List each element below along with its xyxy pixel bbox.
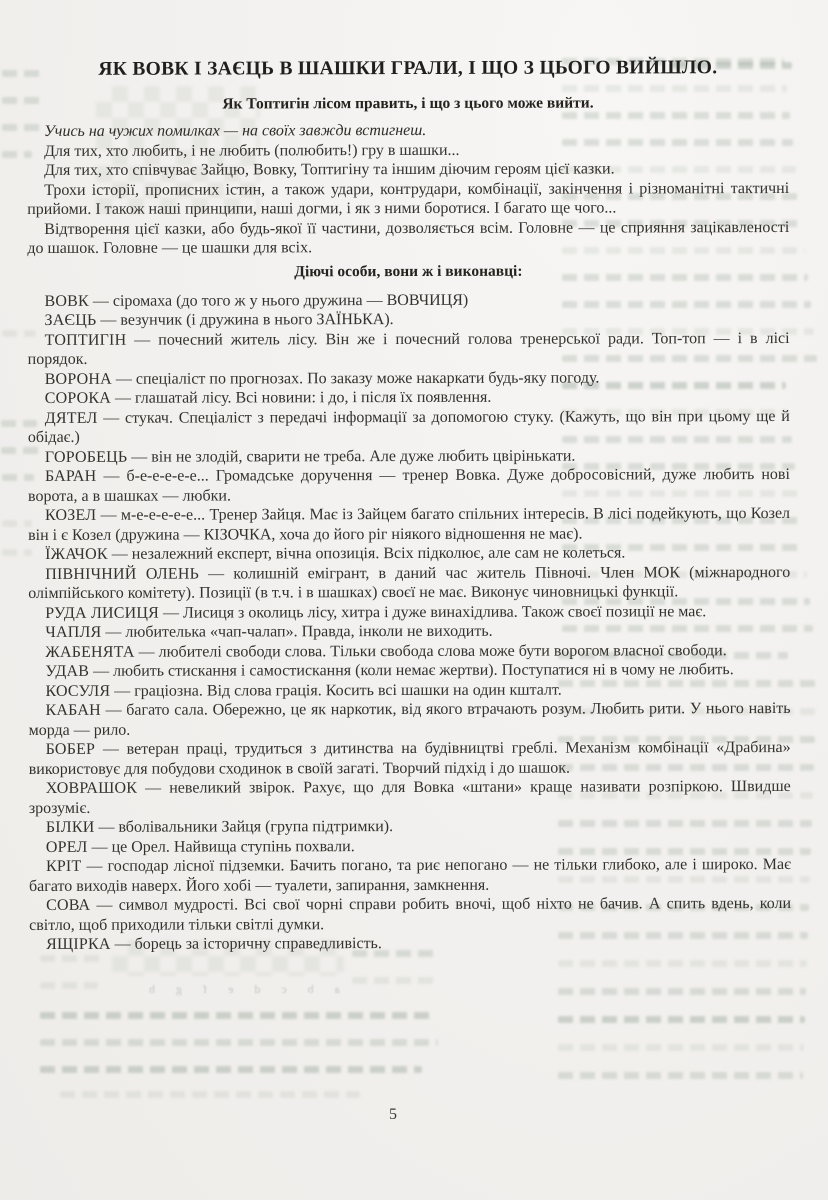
- cast-entry: УДАВ — любить стискання і самостискання …: [28, 660, 790, 681]
- cast-character-name: ЧАПЛЯ: [45, 624, 101, 641]
- cast-entry: ЇЖАЧОК — незалежний експерт, вічна опози…: [28, 543, 790, 564]
- cast-character-description: — незалежний експерт, вічна опозиція. Вс…: [108, 544, 626, 562]
- cast-character-name: ДЯТЕЛ: [45, 409, 98, 426]
- cast-character-name: ЯЩІРКА: [46, 936, 111, 953]
- cast-character-description: — любителька «чап-чалап». Правда, інколи…: [101, 623, 492, 641]
- cast-character-name: ВОРОНА: [45, 370, 112, 387]
- cast-character-name: ПІВНІЧНИЙ ОЛЕНЬ: [45, 565, 199, 582]
- cast-character-name: БОБЕР: [46, 741, 96, 758]
- cast-entry: ПІВНІЧНИЙ ОЛЕНЬ — колишній емігрант, в д…: [28, 563, 790, 604]
- cast-list: ВОВК — сіромаха (до того ж у нього дружи…: [27, 290, 791, 955]
- cast-entry: ЯЩІРКА — борець за історичну справедливі…: [29, 933, 791, 954]
- cast-entry: СОРОКА — глашатай лісу. Всі новини: і до…: [28, 387, 790, 408]
- cast-entry: КОЗЕЛ — м-е-е-е-е-е... Тренер Зайця. Має…: [28, 504, 790, 545]
- cast-character-description: — любить стискання і самостискання (коли…: [89, 661, 734, 680]
- bleedthrough-line: [558, 960, 807, 967]
- cast-entry: ОРЕЛ — це Орел. Найвища ступінь похвали.: [29, 836, 791, 857]
- cast-character-description: — багато сала. Обережно, це як наркотик,…: [29, 700, 791, 738]
- cast-entry: БОБЕР — ветеран праці, трудиться з дитин…: [29, 738, 791, 779]
- bleedthrough-board-letters: a b c d e f g h: [140, 982, 340, 997]
- cast-character-description: — господар лісної підземки. Бачить поган…: [29, 856, 791, 894]
- cast-character-description: — він не злодій, сварити не треба. Але д…: [127, 447, 575, 465]
- cast-character-name: СОРОКА: [45, 390, 111, 407]
- intro-paragraph: Трохи історії, прописних істин, а також …: [27, 179, 789, 220]
- cast-character-name: КРІТ: [46, 858, 82, 875]
- cast-character-description: — везунчик (і дружина в нього ЗАЇНЬКА).: [96, 311, 393, 329]
- cast-entry: ВОРОНА — спеціаліст по прогнозах. По зак…: [28, 368, 790, 389]
- cast-entry: БАРАН — б-е-е-е-е-е... Громадське доруче…: [28, 465, 790, 506]
- bleedthrough-line: [352, 977, 438, 984]
- cast-character-name: БАРАН: [45, 468, 97, 485]
- cast-character-name: ХОВРАШОК: [46, 780, 137, 797]
- cast-character-name: КАБАН: [46, 702, 101, 719]
- bleedthrough-line: [40, 955, 102, 962]
- bleedthrough-line: [558, 988, 806, 995]
- cast-character-name: СОВА: [46, 897, 90, 914]
- cast-character-name: КОЗЕЛ: [45, 507, 96, 524]
- bleedthrough-line: [40, 1012, 432, 1019]
- bleedthrough-line: [40, 982, 98, 989]
- cast-entry: ВОВК — сіромаха (до того ж у нього дружи…: [27, 290, 789, 311]
- cast-character-name: ЇЖАЧОК: [45, 546, 108, 563]
- cast-entry: СОВА — символ мудрості. Всі свої чорні с…: [29, 894, 791, 935]
- cast-character-description: — невеликий звірок. Рахує, що для Вовка …: [29, 778, 791, 816]
- cast-character-description: — Лисиця з околиць лісу, хитра і дуже ви…: [159, 603, 706, 621]
- cast-character-description: — ветеран праці, трудиться з дитинства н…: [29, 739, 791, 777]
- cast-entry: КАБАН — багато сала. Обережно, це як нар…: [29, 699, 791, 740]
- cast-character-description: — борець за історичну справедливість.: [111, 935, 382, 953]
- cast-heading: Діючі особи, вони ж і виконавці:: [27, 262, 789, 281]
- cast-character-description: — спеціаліст по прогнозах. По заказу мож…: [112, 369, 600, 387]
- cast-character-description: — символ мудрості. Всі свої чорні справи…: [29, 895, 791, 933]
- cast-entry: ЧАПЛЯ — любителька «чап-чалап». Правда, …: [28, 621, 790, 642]
- cast-character-description: — глашатай лісу. Всі новини: і до, і піс…: [111, 389, 491, 407]
- bleedthrough-line: [558, 1072, 803, 1079]
- cast-character-name: РУДА ЛИСИЦЯ: [45, 604, 159, 621]
- cast-character-description: — любителі свободи слова. Тільки свобода…: [135, 642, 727, 661]
- cast-character-description: — м-е-е-е-е-е... Тренер Зайця. Має із За…: [28, 505, 790, 543]
- cast-character-description: — почесний житель лісу. Він же і почесни…: [28, 330, 790, 368]
- page-title: ЯК ВОВК І ЗАЄЦЬ В ШАШКИ ГРАЛИ, І ЩО З ЦЬ…: [27, 57, 789, 81]
- cast-entry: БІЛКИ — вболівальники Зайця (група підтр…: [29, 816, 791, 837]
- cast-character-description: — сіромаха (до того ж у нього дружина — …: [89, 291, 468, 309]
- cast-character-name: ВОВК: [44, 292, 88, 309]
- bleedthrough-line: [558, 1016, 805, 1023]
- bleedthrough-line: [40, 1066, 422, 1073]
- cast-entry: ДЯТЕЛ — стукач. Спеціаліст з передачі ін…: [28, 407, 790, 448]
- cast-character-description: — б-е-е-е-е-е... Громадське доручення — …: [28, 466, 790, 504]
- page-content: ЯК ВОВК І ЗАЄЦЬ В ШАШКИ ГРАЛИ, І ЩО З ЦЬ…: [27, 49, 791, 954]
- scanned-book-page: a b c d e f g h ЯК ВОВК І ЗАЄЦЬ В ШАШКИ …: [0, 0, 828, 1200]
- bleedthrough-line: [558, 1044, 804, 1051]
- cast-character-name: ТОПТИГІН: [45, 331, 127, 348]
- cast-character-name: ГОРОБЕЦЬ: [45, 448, 127, 465]
- cast-character-name: ОРЕЛ: [46, 838, 88, 855]
- bleedthrough-line: [40, 1039, 438, 1046]
- bleedthrough-line: [60, 1091, 360, 1098]
- cast-character-description: — вболівальники Зайця (група підтримки).: [94, 818, 393, 836]
- intro-paragraph: Для тих, хто любить, і не любить (полюби…: [27, 140, 789, 161]
- cast-entry: КОСУЛЯ — граціозна. Від слова грація. Ко…: [28, 680, 790, 701]
- intro-paragraph: Для тих, хто співчуває Зайцю, Вовку, Топ…: [27, 159, 789, 180]
- cast-entry: КРІТ — господар лісної підземки. Бачить …: [29, 855, 791, 896]
- cast-entry: ТОПТИГІН — почесний житель лісу. Він же …: [28, 329, 790, 370]
- cast-character-description: — граціозна. Від слова грація. Косить вс…: [110, 681, 562, 699]
- cast-character-description: — стукач. Спеціаліст з передачі інформац…: [28, 408, 790, 446]
- cast-character-name: ЗАЄЦЬ: [45, 312, 97, 329]
- intro-paragraph: Відтворення цієї казки, або будь-якої її…: [27, 218, 789, 259]
- cast-entry: РУДА ЛИСИЦЯ — Лисиця з околиць лісу, хит…: [28, 602, 790, 623]
- cast-character-name: КОСУЛЯ: [45, 682, 110, 699]
- epigraph: Учись на чужих помилках — на своїх завжд…: [27, 120, 789, 141]
- cast-entry: ЗАЄЦЬ — везунчик (і дружина в нього ЗАЇН…: [27, 309, 789, 330]
- intro-paragraphs: Для тих, хто любить, і не любить (полюби…: [27, 140, 789, 259]
- cast-character-description: — це Орел. Найвища ступінь похвали.: [88, 838, 355, 856]
- cast-entry: ГОРОБЕЦЬ — він не злодій, сварити не тре…: [28, 446, 790, 467]
- cast-character-name: БІЛКИ: [46, 819, 95, 836]
- cast-character-name: УДАВ: [45, 663, 89, 680]
- cast-entry: ХОВРАШОК — невеликий звірок. Рахує, що д…: [29, 777, 791, 818]
- cast-character-name: ЖАБЕНЯТА: [45, 643, 134, 660]
- page-number: 5: [0, 1106, 786, 1124]
- cast-entry: ЖАБЕНЯТА — любителі свободи слова. Тільк…: [28, 641, 790, 662]
- page-subtitle: Як Топтигін лісом править, і що з цього …: [27, 94, 789, 113]
